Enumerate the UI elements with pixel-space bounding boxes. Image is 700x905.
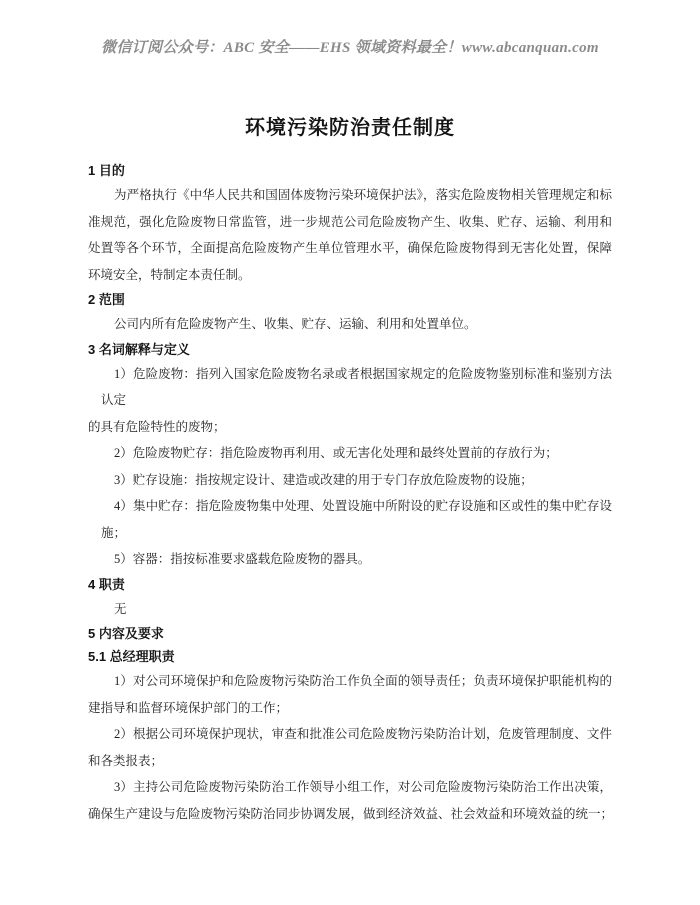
body-line: 为严格执行《中华人民共和国固体废物污染环境保护法》，落实危险废物相关管理规定和标	[88, 182, 612, 209]
body-line: 环境安全，特制定本责任制。	[88, 262, 612, 289]
body-line: 施；	[88, 520, 612, 547]
document-page: 微信订阅公众号：ABC 安全——EHS 领域资料最全！www.abcanquan…	[0, 0, 700, 905]
section-heading: 1 目的	[88, 159, 612, 182]
body-line: 1）对公司环境保护和危险废物污染防治工作负全面的领导责任；负责环境保护职能机构的	[88, 668, 612, 695]
body-line: 1）危险废物：指列入国家危险废物名录或者根据国家规定的危险废物鉴别标准和鉴别方法	[88, 361, 612, 388]
body-line: 4）集中贮存：指危险废物集中处理、处置设施中所附设的贮存设施和区或性的集中贮存设	[88, 493, 612, 520]
body-line: 3）主持公司危险废物污染防治工作领导小组工作，对公司危险废物污染防治工作出决策，	[88, 774, 612, 801]
document-title: 环境污染防治责任制度	[0, 111, 700, 140]
page-header-watermark: 微信订阅公众号：ABC 安全——EHS 领域资料最全！www.abcanquan…	[0, 36, 700, 57]
body-line: 建指导和监督环境保护部门的工作；	[88, 695, 612, 722]
body-line: 准规范，强化危险废物日常监管，进一步规范公司危险废物产生、收集、贮存、运输、利用…	[88, 209, 612, 236]
document-body: 1 目的为严格执行《中华人民共和国固体废物污染环境保护法》，落实危险废物相关管理…	[88, 159, 612, 827]
body-line: 的具有危险特性的废物；	[88, 414, 612, 441]
body-line: 无	[88, 596, 612, 623]
body-line: 2）根据公司环境保护现状，审查和批准公司危险废物污染防治计划，危废管理制度、文件	[88, 721, 612, 748]
body-line: 公司内所有危险废物产生、收集、贮存、运输、利用和处置单位。	[88, 311, 612, 338]
section-heading: 2 范围	[88, 288, 612, 311]
body-line: 认定	[88, 387, 612, 414]
section-heading: 4 职责	[88, 573, 612, 596]
body-line: 确保生产建设与危险废物污染防治同步协调发展，做到经济效益、社会效益和环境效益的统…	[88, 801, 612, 828]
body-line: 5）容器：指按标准要求盛载危险废物的器具。	[88, 546, 612, 573]
body-line: 3）贮存设施：指按规定设计、建造或改建的用于专门存放危险废物的设施；	[88, 467, 612, 494]
body-line: 2）危险废物贮存：指危险废物再利用、或无害化处理和最终处置前的存放行为；	[88, 440, 612, 467]
body-line: 和各类报表；	[88, 748, 612, 775]
section-heading: 5.1 总经理职责	[88, 645, 612, 668]
section-heading: 3 名词解释与定义	[88, 338, 612, 361]
body-line: 处置等各个环节，全面提高危险废物产生单位管理水平，确保危险废物得到无害化处置，保…	[88, 235, 612, 262]
section-heading: 5 内容及要求	[88, 622, 612, 645]
